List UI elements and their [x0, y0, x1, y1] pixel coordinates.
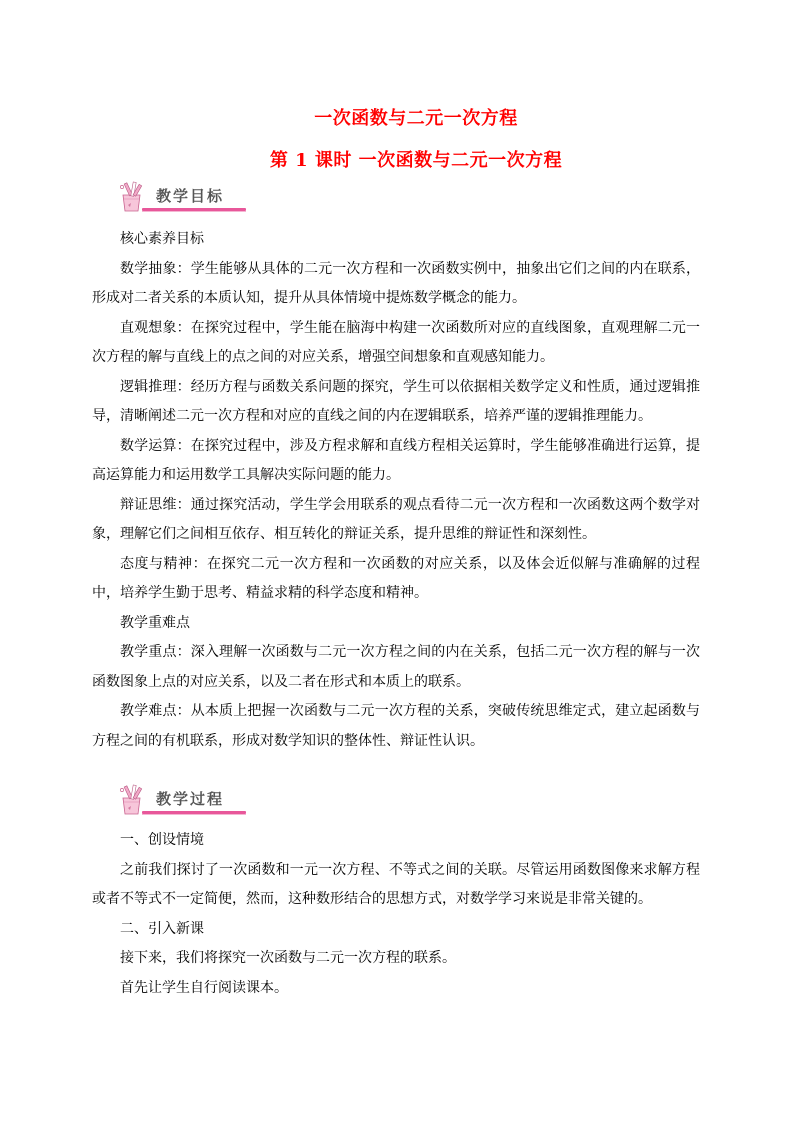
paragraph-math-abstraction: 数学抽象：学生能够从具体的二元一次方程和一次函数实例中，抽象出它们之间的内在联系…: [92, 255, 700, 314]
badge-underline-shadow: [142, 814, 246, 815]
section-badge-label: 教学目标: [156, 185, 224, 206]
paragraph-attitude-spirit: 态度与精神：在探究二元一次方程和一次函数的对应关系，以及体会近似解与准确解的过程…: [92, 550, 700, 609]
lesson-subtitle: 第 1 课时 一次函数与二元一次方程: [92, 146, 740, 172]
paragraph-scenario: 之前我们探讨了一次函数和一元一次方程、不等式之间的关联。尽管运用函数图像来求解方…: [92, 856, 700, 915]
subheading-create-scenario: 一、创设情境: [92, 826, 700, 856]
section-badge-label: 教学过程: [156, 788, 224, 809]
paragraph-read-textbook: 首先让学生自行阅读课本。: [92, 974, 700, 1004]
paragraph-math-operation: 数学运算：在探究过程中，涉及方程求解和直线方程相关运算时，学生能够准确进行运算，…: [92, 432, 700, 491]
paragraph-dialectical-thinking: 辩证思维：通过探究活动，学生学会用联系的观点看待二元一次方程和一次函数这两个数学…: [92, 491, 700, 550]
paragraph-difficult-point: 教学难点：从本质上把握一次函数与二元一次方程的关系，突破传统思维定式，建立起函数…: [92, 697, 700, 756]
document-page: 一次函数与二元一次方程 第 1 课时 一次函数与二元一次方程 教学目标 核心素养…: [0, 0, 794, 1123]
subheading-key-difficult-points: 教学重难点: [92, 609, 700, 639]
paragraph-intuitive-imagination: 直观想象：在探究过程中，学生能在脑海中构建一次函数所对应的直线图象，直观理解二元…: [92, 314, 700, 373]
paragraph-logical-reasoning: 逻辑推理：经历方程与函数关系问题的探究，学生可以依据相关数学定义和性质，通过逻辑…: [92, 373, 700, 432]
process-body: 一、创设情境 之前我们探讨了一次函数和一元一次方程、不等式之间的关联。尽管运用函…: [92, 826, 700, 1003]
badge-underline-shadow: [142, 211, 246, 212]
section-badge-process: 教学过程: [118, 784, 246, 816]
paragraph-next-step: 接下来，我们将探究一次函数与二元一次方程的联系。: [92, 944, 700, 974]
subheading-new-lesson: 二、引入新课: [92, 915, 700, 945]
section-badge-objectives: 教学目标: [118, 181, 246, 213]
document-title: 一次函数与二元一次方程: [92, 104, 740, 130]
objectives-body: 核心素养目标 数学抽象：学生能够从具体的二元一次方程和一次函数实例中，抽象出它们…: [92, 225, 700, 756]
paragraph-key-point: 教学重点：深入理解一次函数与二元一次方程之间的内在关系，包括二元一次方程的解与一…: [92, 638, 700, 697]
subheading-core-literacy: 核心素养目标: [92, 225, 700, 255]
